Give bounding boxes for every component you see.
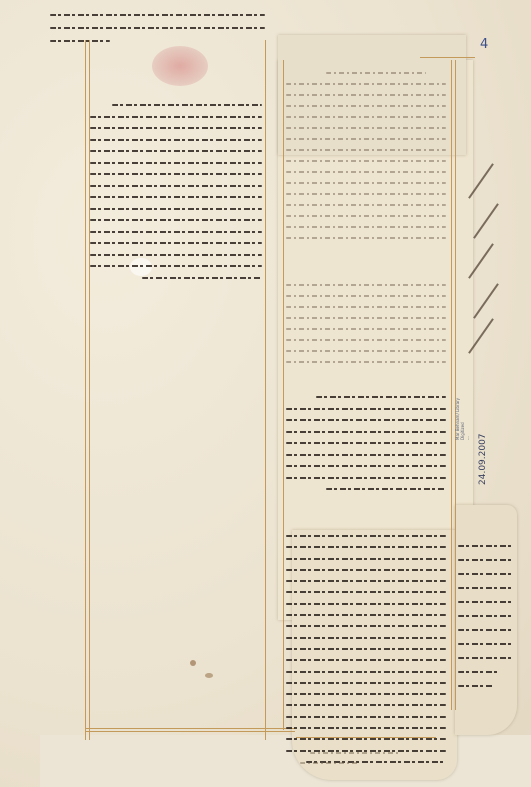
right-lower-text-1	[286, 396, 446, 490]
ruling-line	[420, 57, 475, 58]
ruling-line	[85, 731, 295, 732]
right-middle-text	[286, 284, 446, 363]
library-stamp: Mar Behnam/ Library Digitized ...	[455, 380, 470, 440]
right-margin-text	[458, 545, 513, 687]
right-lower-text-2	[286, 535, 446, 763]
stamp-date: 24.09.2007	[478, 433, 488, 485]
ruling-line	[265, 40, 266, 740]
diagonal-margin-notes	[460, 160, 505, 350]
page-number: 4	[480, 37, 488, 52]
stain	[205, 673, 213, 678]
manuscript-page: 4	[0, 0, 531, 787]
ruling-line	[85, 40, 86, 740]
stain	[190, 660, 196, 666]
right-upper-text	[286, 72, 446, 239]
left-column-text	[90, 104, 262, 279]
heading-text-block	[50, 14, 265, 42]
ruling-line	[85, 728, 295, 729]
bottom-colophon-text	[300, 752, 400, 764]
ruling-line	[451, 60, 452, 710]
ruling-line	[283, 60, 284, 730]
red-seal	[152, 46, 208, 86]
